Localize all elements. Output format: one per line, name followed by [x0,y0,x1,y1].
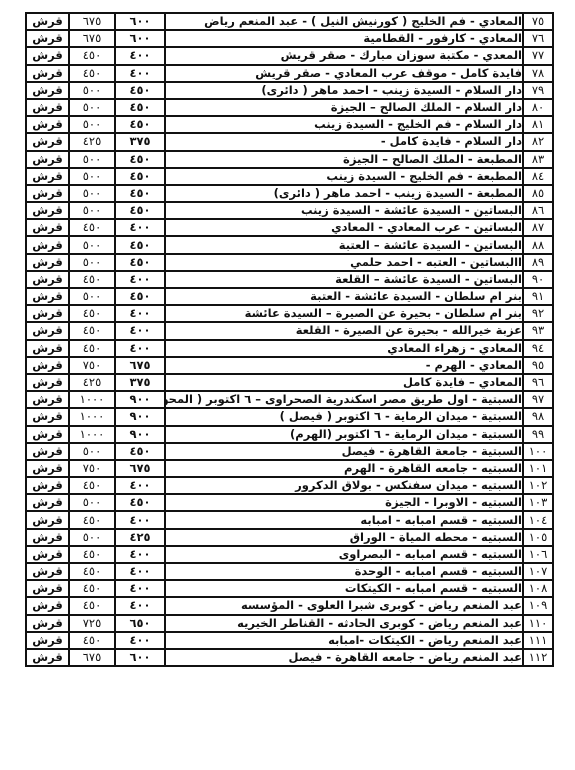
line-number-cell: ٩٥ [523,357,553,374]
fare-old-cell: ٤٥٠ [115,494,165,511]
unit-cell: قرش [26,443,69,460]
fare-old-cell: ٦٥٠ [115,615,165,632]
table-row: قرش٤٥٠٤٠٠المعادي - زهراء المعادي٩٤ [26,340,553,357]
unit-cell: قرش [26,649,69,666]
line-number-cell: ١٠٠ [523,443,553,460]
table-row: قرش٦٧٥٦٠٠المعادي - فم الخليج ( كورنيش ال… [26,13,553,30]
fare-old-cell: ٤٥٠ [115,151,165,168]
fare-new-cell: ٤٥٠ [69,47,115,64]
table-row: قرش١٠٠٠٩٠٠السبتية - اول طريق مصر اسكندري… [26,391,553,408]
fare-old-cell: ٤٠٠ [115,632,165,649]
route-cell: المطبعة - السيدة زينب - احمد ماهر ( دائر… [165,185,523,202]
line-number-cell: ٧٩ [523,82,553,99]
fare-new-cell: ٤٥٠ [69,563,115,580]
unit-cell: قرش [26,202,69,219]
route-cell: المطبعة - الملك الصالح – الجيزة [165,151,523,168]
unit-cell: قرش [26,408,69,425]
fare-new-cell: ٤٥٠ [69,546,115,563]
line-number-cell: ٨٢ [523,133,553,150]
route-cell: البساتين - السيدة عائشة – العتبة [165,236,523,253]
line-number-cell: ٧٧ [523,47,553,64]
fare-old-cell: ٤٠٠ [115,546,165,563]
fare-new-cell: ٥٠٠ [69,443,115,460]
line-number-cell: ٨٠ [523,99,553,116]
fare-old-cell: ٤٠٠ [115,580,165,597]
line-number-cell: ٧٨ [523,65,553,82]
unit-cell: قرش [26,133,69,150]
route-cell: دار السلام - السيدة زينب - احمد ماهر ( د… [165,82,523,99]
route-cell: المعادي - الهرم - [165,357,523,374]
line-number-cell: ٨٧ [523,219,553,236]
fare-new-cell: ٤٥٠ [69,271,115,288]
route-cell: عزبة خيرالله - بحيرة عن الصيرة - القلعة [165,322,523,339]
route-cell: السبتيه - قسم امبابه - البصراوى [165,546,523,563]
unit-cell: قرش [26,322,69,339]
line-number-cell: ١١٠ [523,615,553,632]
table-row: قرش٤٥٠٤٠٠البساتين - السيدة عائشة – القلع… [26,271,553,288]
fare-new-cell: ٧٥٠ [69,460,115,477]
unit-cell: قرش [26,615,69,632]
fare-new-cell: ٥٠٠ [69,82,115,99]
route-cell: السبتيه - ميدان سفنكس - بولاق الدكرور [165,477,523,494]
table-row: قرش٤٥٠٤٠٠السبتيه - قسم امبابه - الكيتكات… [26,580,553,597]
unit-cell: قرش [26,426,69,443]
line-number-cell: ٨٣ [523,151,553,168]
route-cell: السبتيه - قسم امبابه - امبابه [165,511,523,528]
line-number-cell: ٨٤ [523,168,553,185]
unit-cell: قرش [26,288,69,305]
fare-new-cell: ٥٠٠ [69,494,115,511]
fare-old-cell: ٤٠٠ [115,597,165,614]
line-number-cell: ٩٠ [523,271,553,288]
line-number-cell: ٩٢ [523,305,553,322]
route-cell: المطبعة - فم الخليج - السيدة زينب [165,168,523,185]
fare-new-cell: ١٠٠٠ [69,408,115,425]
table-row: قرش٤٥٠٤٠٠فايدة كامل - موقف عرب المعادي -… [26,65,553,82]
table-row: قرش٥٠٠٤٥٠السبتيه - الاوبرا - الجيزة١٠٣ [26,494,553,511]
unit-cell: قرش [26,563,69,580]
unit-cell: قرش [26,494,69,511]
fare-new-cell: ١٠٠٠ [69,391,115,408]
fare-new-cell: ٤٥٠ [69,219,115,236]
unit-cell: قرش [26,65,69,82]
unit-cell: قرش [26,340,69,357]
unit-cell: قرش [26,529,69,546]
table-row: قرش٥٠٠٤٥٠بنر ام سلطان - السيدة عائشة - ا… [26,288,553,305]
fare-new-cell: ٤٢٥ [69,374,115,391]
fare-new-cell: ٤٥٠ [69,632,115,649]
line-number-cell: ٩١ [523,288,553,305]
line-number-cell: ٨٩ [523,254,553,271]
fare-new-cell: ٥٠٠ [69,168,115,185]
fare-old-cell: ٤٠٠ [115,322,165,339]
fare-new-cell: ٥٠٠ [69,529,115,546]
fare-new-cell: ٤٥٠ [69,65,115,82]
unit-cell: قرش [26,30,69,47]
fare-old-cell: ٤٠٠ [115,511,165,528]
route-cell: المعادي - فم الخليج ( كورنيش النيل ) - ع… [165,13,523,30]
fare-old-cell: ٤٥٠ [115,202,165,219]
table-row: قرش٤٢٥٣٧٥المعادي – فايدة كامل٩٦ [26,374,553,391]
table-row: قرش٥٠٠٤٥٠البساتين - السيدة عائشة – العتب… [26,236,553,253]
line-number-cell: ٩٩ [523,426,553,443]
line-number-cell: ٩٧ [523,391,553,408]
fare-old-cell: ٤٠٠ [115,271,165,288]
line-number-cell: ١٠٣ [523,494,553,511]
unit-cell: قرش [26,460,69,477]
line-number-cell: ٨٥ [523,185,553,202]
table-row: قرش٤٥٠٤٠٠بنر ام سلطان - بحيرة عن الصيرة … [26,305,553,322]
route-cell: دار السلام - فم الخليج - السيدة زينب [165,116,523,133]
route-cell: السبتيه - جامعه القاهرة - الهرم [165,460,523,477]
table-row: قرش٤٥٠٤٠٠المعدي - مكتبة سوزان مبارك - صق… [26,47,553,64]
fare-new-cell: ٦٧٥ [69,30,115,47]
fare-new-cell: ٥٠٠ [69,116,115,133]
line-number-cell: ١٠٩ [523,597,553,614]
table-row: قرش٤٥٠٤٠٠عبد المنعم رياض - كوبرى شبرا ال… [26,597,553,614]
unit-cell: قرش [26,99,69,116]
line-number-cell: ٩٨ [523,408,553,425]
unit-cell: قرش [26,254,69,271]
route-cell: البساتين - عرب المعادي - المعادي [165,219,523,236]
fare-new-cell: ٥٠٠ [69,185,115,202]
line-number-cell: ٩٦ [523,374,553,391]
fare-new-cell: ٥٠٠ [69,202,115,219]
unit-cell: قرش [26,271,69,288]
route-cell: السبتية - اول طريق مصر اسكندرية الصحراوى… [165,391,523,408]
fare-old-cell: ٤٠٠ [115,340,165,357]
fare-old-cell: ٩٠٠ [115,391,165,408]
fare-new-cell: ٤٥٠ [69,477,115,494]
unit-cell: قرش [26,219,69,236]
route-cell: السبتيه - الاوبرا - الجيزة [165,494,523,511]
unit-cell: قرش [26,477,69,494]
table-row: قرش١٠٠٠٩٠٠السبتية - ميدان الرماية - ٦ اك… [26,408,553,425]
fare-old-cell: ٤٠٠ [115,477,165,494]
fare-table: قرش٦٧٥٦٠٠المعادي - فم الخليج ( كورنيش ال… [25,12,554,667]
fare-new-cell: ٧٥٠ [69,357,115,374]
fare-old-cell: ٦٠٠ [115,30,165,47]
route-cell: المعادي - زهراء المعادي [165,340,523,357]
fare-old-cell: ٤٥٠ [115,236,165,253]
table-row: قرش٤٥٠٤٠٠عبد المنعم رياض - الكيتكات -امب… [26,632,553,649]
unit-cell: قرش [26,185,69,202]
table-row: قرش٤٥٠٤٠٠السبتيه - قسم امبابه - البصراوى… [26,546,553,563]
fare-new-cell: ٥٠٠ [69,99,115,116]
route-cell: السبتية - ميدان الرماية - ٦ اكتوبر ( فيص… [165,408,523,425]
table-row: قرش٧٥٠٦٧٥السبتيه - جامعه القاهرة - الهرم… [26,460,553,477]
route-cell: عبد المنعم رياض - كوبرى الحادثه - القناط… [165,615,523,632]
table-row: قرش٥٠٠٤٥٠المطبعة - فم الخليج - السيدة زي… [26,168,553,185]
table-row: قرش٥٠٠٤٥٠المطبعة - الملك الصالح – الجيزة… [26,151,553,168]
fare-old-cell: ٤٥٠ [115,82,165,99]
route-cell: فايدة كامل - موقف عرب المعادي - صقر قريش [165,65,523,82]
route-cell: عبد المنعم رياض - جامعه القاهرة - فيصل [165,649,523,666]
table-row: قرش٦٧٥٦٠٠المعادي - كارفور - القطامية٧٦ [26,30,553,47]
fare-old-cell: ٦٧٥ [115,357,165,374]
fare-old-cell: ٤٢٥ [115,529,165,546]
fare-old-cell: ٤٠٠ [115,47,165,64]
table-row: قرش٧٥٠٦٧٥المعادي - الهرم -٩٥ [26,357,553,374]
table-row: قرش٤٥٠٤٠٠عزبة خيرالله - بحيرة عن الصيرة … [26,322,553,339]
line-number-cell: ٨٦ [523,202,553,219]
fare-new-cell: ٤٥٠ [69,580,115,597]
route-cell: المعادي – فايدة كامل [165,374,523,391]
line-number-cell: ١٠٨ [523,580,553,597]
table-row: قرش٥٠٠٤٥٠البساتين - السيدة عائشة - السيد… [26,202,553,219]
table-row: قرش٤٢٥٣٧٥دار السلام - فايدة كامل -٨٢ [26,133,553,150]
line-number-cell: ١١١ [523,632,553,649]
fare-old-cell: ٣٧٥ [115,374,165,391]
route-cell: السبتية - ميدان الرماية - ٦ اكتوبر (الهر… [165,426,523,443]
fare-new-cell: ١٠٠٠ [69,426,115,443]
fare-new-cell: ٤٥٠ [69,305,115,322]
line-number-cell: ١٠٥ [523,529,553,546]
table-row: قرش٦٧٥٦٠٠عبد المنعم رياض - جامعه القاهرة… [26,649,553,666]
fare-old-cell: ٦٠٠ [115,649,165,666]
table-row: قرش٤٥٠٤٠٠السبتيه - قسم امبابه - امبابه١٠… [26,511,553,528]
fare-new-cell: ٥٠٠ [69,236,115,253]
table-row: قرش٥٠٠٤٥٠المطبعة - السيدة زينب - احمد ما… [26,185,553,202]
fare-old-cell: ٤٥٠ [115,254,165,271]
route-cell: االبساتين - العتبه - احمد حلمي [165,254,523,271]
unit-cell: قرش [26,580,69,597]
fare-old-cell: ٤٠٠ [115,305,165,322]
table-row: قرش٥٠٠٤٥٠دار السلام - السيدة زينب - احمد… [26,82,553,99]
line-number-cell: ١٠١ [523,460,553,477]
unit-cell: قرش [26,391,69,408]
unit-cell: قرش [26,374,69,391]
unit-cell: قرش [26,357,69,374]
unit-cell: قرش [26,511,69,528]
line-number-cell: ١٠٦ [523,546,553,563]
table-row: قرش٤٥٠٤٠٠البساتين - عرب المعادي - المعاد… [26,219,553,236]
table-row: قرش٤٥٠٤٠٠السبتيه - ميدان سفنكس - بولاق ا… [26,477,553,494]
route-cell: عبد المنعم رياض - الكيتكات -امبابه [165,632,523,649]
fare-new-cell: ٤٥٠ [69,511,115,528]
line-number-cell: ٨١ [523,116,553,133]
fare-new-cell: ٤٥٠ [69,322,115,339]
unit-cell: قرش [26,546,69,563]
route-cell: البساتين - السيدة عائشة - السيدة زينب [165,202,523,219]
fare-table-body: قرش٦٧٥٦٠٠المعادي - فم الخليج ( كورنيش ال… [26,13,553,666]
fare-old-cell: ٤٥٠ [115,99,165,116]
line-number-cell: ٧٦ [523,30,553,47]
route-cell: السبتية - جامعة القاهرة - فيصل [165,443,523,460]
fare-old-cell: ٩٠٠ [115,426,165,443]
unit-cell: قرش [26,632,69,649]
table-row: قرش٧٢٥٦٥٠عبد المنعم رياض - كوبرى الحادثه… [26,615,553,632]
unit-cell: قرش [26,82,69,99]
line-number-cell: ٧٥ [523,13,553,30]
line-number-cell: ٩٣ [523,322,553,339]
fare-new-cell: ٦٧٥ [69,13,115,30]
fare-table-sheet: قرش٦٧٥٦٠٠المعادي - فم الخليج ( كورنيش ال… [25,12,554,667]
fare-new-cell: ٤٥٠ [69,340,115,357]
fare-new-cell: ٥٠٠ [69,288,115,305]
line-number-cell: ١٠٤ [523,511,553,528]
line-number-cell: ٩٤ [523,340,553,357]
route-cell: دار السلام - فايدة كامل - [165,133,523,150]
unit-cell: قرش [26,47,69,64]
fare-old-cell: ٤٠٠ [115,65,165,82]
route-cell: بنر ام سلطان - بحيرة عن الصيرة – السيدة … [165,305,523,322]
fare-new-cell: ٦٧٥ [69,649,115,666]
fare-new-cell: ٤٢٥ [69,133,115,150]
fare-old-cell: ٦٠٠ [115,13,165,30]
unit-cell: قرش [26,13,69,30]
fare-new-cell: ٥٠٠ [69,151,115,168]
line-number-cell: ١٠٢ [523,477,553,494]
line-number-cell: ١٠٧ [523,563,553,580]
fare-old-cell: ٤٥٠ [115,443,165,460]
route-cell: السبتيه - قسم امبابه - الكيتكات [165,580,523,597]
table-row: قرش٥٠٠٤٢٥السبتيه - محطه المياة - الوراق١… [26,529,553,546]
fare-new-cell: ٧٢٥ [69,615,115,632]
route-cell: عبد المنعم رياض - كوبرى شبرا العلوى - ال… [165,597,523,614]
fare-old-cell: ٤٥٠ [115,168,165,185]
unit-cell: قرش [26,305,69,322]
unit-cell: قرش [26,236,69,253]
route-cell: المعدي - مكتبة سوزان مبارك - صقر قريش [165,47,523,64]
route-cell: السبتيه - قسم امبابه - الوحدة [165,563,523,580]
fare-old-cell: ٤٥٠ [115,185,165,202]
fare-old-cell: ٤٠٠ [115,219,165,236]
unit-cell: قرش [26,168,69,185]
route-cell: دار السلام - الملك الصالح – الجيزة [165,99,523,116]
table-row: قرش٥٠٠٤٥٠السبتية - جامعة القاهرة - فيصل١… [26,443,553,460]
unit-cell: قرش [26,151,69,168]
line-number-cell: ٨٨ [523,236,553,253]
table-row: قرش٥٠٠٤٥٠االبساتين - العتبه - احمد حلمي٨… [26,254,553,271]
fare-old-cell: ٤٥٠ [115,288,165,305]
table-row: قرش١٠٠٠٩٠٠السبتية - ميدان الرماية - ٦ اك… [26,426,553,443]
route-cell: المعادي - كارفور - القطامية [165,30,523,47]
fare-new-cell: ٤٥٠ [69,597,115,614]
fare-old-cell: ٤٠٠ [115,563,165,580]
fare-old-cell: ٦٧٥ [115,460,165,477]
route-cell: البساتين - السيدة عائشة – القلعة [165,271,523,288]
table-row: قرش٥٠٠٤٥٠دار السلام - فم الخليج - السيدة… [26,116,553,133]
table-row: قرش٥٠٠٤٥٠دار السلام - الملك الصالح – الج… [26,99,553,116]
unit-cell: قرش [26,597,69,614]
line-number-cell: ١١٢ [523,649,553,666]
table-row: قرش٤٥٠٤٠٠السبتيه - قسم امبابه - الوحدة١٠… [26,563,553,580]
route-cell: بنر ام سلطان - السيدة عائشة - العتبة [165,288,523,305]
fare-old-cell: ٩٠٠ [115,408,165,425]
route-cell: السبتيه - محطه المياة - الوراق [165,529,523,546]
unit-cell: قرش [26,116,69,133]
fare-old-cell: ٤٥٠ [115,116,165,133]
fare-new-cell: ٥٠٠ [69,254,115,271]
fare-old-cell: ٣٧٥ [115,133,165,150]
